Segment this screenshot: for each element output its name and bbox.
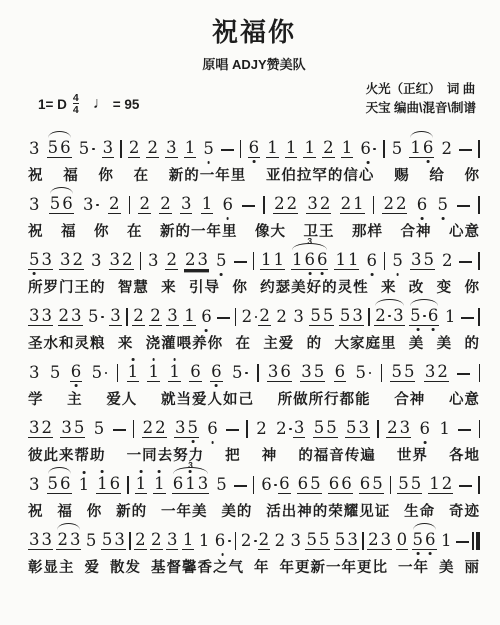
octave-dot-high <box>158 470 161 473</box>
barline <box>368 308 369 326</box>
lyric-group: 的 <box>307 332 323 350</box>
note: 2 <box>154 419 167 437</box>
lyrics-row: 彰显主爱散发基督馨香之气年年更新一年更比一年美丽 <box>28 556 480 574</box>
note: 2 <box>395 195 408 213</box>
note: 6 <box>70 363 83 381</box>
lyric-group: 新的一年里 <box>169 164 247 182</box>
staff-line: 3561161161335666566655512祝福你新的一年美美的活出神的荣… <box>28 463 480 518</box>
note-group: 1 <box>183 307 196 325</box>
octave-dot-high <box>82 471 85 474</box>
lyric-group: 各地 <box>449 444 480 462</box>
lyric-group: 赐 <box>394 164 410 182</box>
final-barline <box>472 532 479 550</box>
note: 3 <box>28 476 41 493</box>
note-group: 65 <box>297 475 322 493</box>
octave-dot-low <box>432 328 435 331</box>
notes-row: 35651116653635655532 <box>28 351 480 382</box>
note: 3 <box>28 196 41 213</box>
lyric-group: 卫王 <box>304 220 335 238</box>
lyric-group: 引导 <box>189 276 220 294</box>
note: 3 <box>290 532 303 549</box>
note: 6 <box>260 476 278 493</box>
score: 356532231561112165162祝福你在新的一年里亚伯拉罕的信心赐给你… <box>28 127 480 574</box>
note-group: 65 <box>359 475 384 493</box>
lyric-group: 彼此来帮助 <box>28 444 106 462</box>
held-note-dash <box>456 541 469 543</box>
note: 6 <box>366 252 379 269</box>
quarter-note-icon: ♩ <box>93 95 109 113</box>
lyric-group: 年 <box>254 556 270 574</box>
note-group: 2 <box>134 531 147 549</box>
note: 3 <box>166 531 179 549</box>
note-group: 5 <box>91 364 109 381</box>
note: 2 <box>386 419 399 437</box>
note: 3 <box>109 307 122 325</box>
note-group: 3 <box>28 364 41 381</box>
lyrics-row: 所罗门王的智慧来引导你约瑟美好的灵性来改变你 <box>28 276 480 294</box>
note: 3 <box>70 307 83 325</box>
note-group: 3 <box>290 532 303 549</box>
note-group: 1 <box>153 475 166 493</box>
notes-row: 332355322311622235553230561 <box>28 519 480 550</box>
lyric-group: 年更新一年更比 <box>280 556 389 574</box>
note: 3 <box>300 363 313 381</box>
note-group: 56 <box>47 475 72 493</box>
note-group: 32 <box>306 195 331 213</box>
note: 2 <box>441 252 454 269</box>
note: 3 <box>28 364 41 381</box>
note: 2 <box>441 475 454 493</box>
song-subtitle: 原唱 ADJY赞美队 <box>28 54 480 73</box>
octave-dot-low <box>308 272 311 275</box>
note: 5 <box>397 475 410 493</box>
note: 5 <box>231 364 249 381</box>
note: 2 <box>436 363 449 381</box>
note: 5 <box>322 307 335 325</box>
note-group: 6 <box>210 363 223 381</box>
note: 6 <box>248 139 261 157</box>
octave-dot-low <box>252 160 255 163</box>
lyric-group: 亚伯拉罕的信心 <box>266 164 375 182</box>
note: 5 <box>409 307 427 325</box>
note: 3 <box>306 195 319 213</box>
lyric-group: 新的 <box>116 500 147 518</box>
lyric-group: 约瑟美好的灵性 <box>260 276 369 294</box>
held-note-dash <box>221 149 234 151</box>
lyric-group: 合神 <box>394 388 425 406</box>
augmentation-dot <box>254 540 257 543</box>
note-group: 6 <box>214 532 232 549</box>
note: 5 <box>85 532 98 549</box>
lyric-group: 你 <box>465 164 481 182</box>
note-group: 6 <box>189 363 202 381</box>
octave-dot-low <box>416 552 419 555</box>
note: 5 <box>309 475 322 493</box>
note: 1 <box>266 139 279 157</box>
note: 5 <box>422 251 435 269</box>
note: 3 <box>82 196 100 213</box>
note: 3 <box>102 139 115 157</box>
augmentation-dot <box>245 372 248 375</box>
note-group: 35 <box>410 251 435 269</box>
note: 1 <box>291 251 304 269</box>
lyric-group: 福 <box>57 500 73 518</box>
note: 2 <box>149 307 162 325</box>
lyric-group: 你 <box>87 500 103 518</box>
octave-dot-high <box>101 470 104 473</box>
barline <box>381 364 382 382</box>
note-group: 5 <box>93 420 106 437</box>
note: 5 <box>215 476 228 493</box>
note-group: 3 <box>180 195 193 213</box>
note: 1 <box>260 251 273 269</box>
note: 3 <box>358 419 371 437</box>
barline <box>478 196 479 214</box>
augmentation-dot <box>289 428 292 431</box>
note: 5 <box>318 531 331 549</box>
note-group: 2 <box>255 420 268 437</box>
note: 5 <box>412 531 425 549</box>
augmentation-dot <box>101 316 104 319</box>
note-group: 55 <box>313 419 338 437</box>
augmentation-dot <box>92 148 95 151</box>
note: 5 <box>325 419 338 437</box>
held-note-dash <box>457 373 470 375</box>
slur-arc-icon <box>413 523 436 530</box>
note-group: 66 <box>260 475 290 493</box>
held-note-dash <box>234 261 247 263</box>
note: 1 <box>78 476 91 493</box>
note-group: 22 <box>273 195 298 213</box>
note: 3 <box>346 531 359 549</box>
barline <box>479 364 480 382</box>
note: 3 <box>174 419 187 437</box>
note: 6 <box>340 475 353 493</box>
barline <box>257 364 258 382</box>
note: 3 <box>90 252 103 269</box>
note: 1 <box>183 307 196 325</box>
barline <box>478 476 479 494</box>
note-group: 1 <box>303 139 316 157</box>
note: 5 <box>355 364 373 381</box>
lyric-group: 来 <box>381 276 397 294</box>
augmentation-dot <box>228 540 231 543</box>
note-group: 3 <box>102 139 115 157</box>
lyric-group: 在 <box>235 332 251 350</box>
note-group: 22 <box>142 419 167 437</box>
note: 1 <box>201 195 214 213</box>
note-group: 3 <box>165 139 178 157</box>
note: 2 <box>382 195 395 213</box>
note-group: 32 <box>424 363 449 381</box>
note-group: 5 <box>391 140 404 157</box>
note-group: 2 <box>132 307 145 325</box>
octave-dot-low <box>427 160 430 163</box>
octave-dot-low <box>207 161 210 164</box>
note-group: 1 <box>440 532 453 549</box>
note: 2 <box>275 420 293 437</box>
octave-dot-low <box>429 552 432 555</box>
barline <box>479 420 480 438</box>
lyric-group: 来 <box>118 332 134 350</box>
note: 1 <box>341 139 354 157</box>
note: 6 <box>61 195 74 213</box>
note: 5 <box>28 251 41 269</box>
augmentation-dot <box>373 148 376 151</box>
note-group: 11 <box>260 251 285 269</box>
lyrics-row: 学主爱人就当爱人如己所做所行都能合神心意 <box>28 388 480 406</box>
note: 6 <box>189 363 202 381</box>
note: 2 <box>108 195 121 213</box>
note-group: 6 <box>334 363 347 381</box>
lyric-group: 合神 <box>401 220 432 238</box>
note: 6 <box>427 307 440 325</box>
lyric-group: 所做所行都能 <box>278 388 371 406</box>
key-signature: 1= D <box>38 97 67 112</box>
time-signature-denominator: 4 <box>73 103 79 116</box>
note-group: 22 <box>240 531 270 549</box>
barline <box>140 252 141 270</box>
note-group: 1 <box>127 363 140 381</box>
lyrics-row: 祝福你新的一年美美的活出神的荣耀见证生命奇迹 <box>28 500 480 518</box>
note: 2 <box>41 419 54 437</box>
note-group: 6 <box>221 196 234 213</box>
note-group: 0 <box>396 531 409 549</box>
octave-dot-low <box>396 273 399 276</box>
note-group: 5 <box>355 364 373 381</box>
augmentation-dot <box>369 372 372 375</box>
note-group: 5 <box>215 476 228 493</box>
note-group: 11 <box>334 251 359 269</box>
octave-dot-low <box>191 440 194 443</box>
lyric-group: 神 <box>262 444 278 462</box>
slur-arc-icon <box>50 187 73 194</box>
note-group: 35 <box>60 419 85 437</box>
staff-line: 323552235622355532361彼此来帮助一同去努力把神的福音传遍世界… <box>28 407 480 462</box>
note-group: 33 <box>28 307 53 325</box>
note: 3 <box>410 251 423 269</box>
note-group: 5 <box>215 252 228 269</box>
note: 5 <box>87 308 105 325</box>
note: 5 <box>101 531 114 549</box>
barline <box>263 196 264 214</box>
note: 1 <box>285 139 298 157</box>
lyric-group: 给 <box>429 164 445 182</box>
lyric-group: 像大 <box>255 220 286 238</box>
note: 2 <box>274 532 287 549</box>
barline <box>362 532 363 550</box>
note: 5 <box>345 419 358 437</box>
note: 6 <box>424 531 437 549</box>
note: 3 <box>197 475 210 493</box>
barline <box>384 252 385 270</box>
note: 2 <box>58 307 71 325</box>
note-group: 56 <box>409 307 439 325</box>
note-group: 53 <box>101 531 126 549</box>
barline <box>235 532 236 550</box>
note-group: 3 <box>292 308 305 325</box>
note-group: 3 <box>28 140 41 157</box>
note-group: 55 <box>390 363 415 381</box>
held-note-dash <box>226 429 239 431</box>
note-group: 6 <box>200 308 213 325</box>
lyric-group: 的福音传遍 <box>298 444 376 462</box>
lyric-group: 浇灌喂养你 <box>146 332 224 350</box>
note-group: 3 <box>109 307 122 325</box>
note: 2 <box>121 251 134 269</box>
note: 2 <box>138 195 151 213</box>
lyric-group: 美 <box>437 332 453 350</box>
note: 2 <box>374 307 392 325</box>
note-group: 23 <box>58 307 83 325</box>
held-note-dash <box>113 429 126 431</box>
note: 1 <box>184 139 197 157</box>
song-title: 祝福你 <box>28 12 480 49</box>
lyric-group: 改 <box>409 276 425 294</box>
augmentation-dot <box>388 315 391 318</box>
note-group: 2 <box>275 308 288 325</box>
note: 2 <box>441 140 454 157</box>
staff-line: 5332332322351116631165352所罗门王的智慧来引导你约瑟美好… <box>28 239 480 294</box>
held-note-dash <box>234 485 247 487</box>
octave-dot-low <box>226 217 229 220</box>
credits: 火光（正红） 词 曲 天宝 编曲\混音\制谱 <box>366 80 480 119</box>
note: 5 <box>410 475 423 493</box>
note: 1 <box>127 363 140 381</box>
octave-dot-low <box>75 384 78 387</box>
lyrics-row: 祝福你在新的一年里像大卫王那样合神心意 <box>28 220 480 238</box>
slur-arc-icon <box>48 467 71 474</box>
held-note-dash <box>217 317 230 319</box>
note-group: 2 <box>441 252 454 269</box>
note-group: 1 <box>444 308 457 325</box>
note: 2 <box>128 139 141 157</box>
note: 5 <box>91 364 109 381</box>
note: 6 <box>172 475 185 493</box>
note: 6 <box>316 251 329 269</box>
octave-dot-low <box>441 217 444 220</box>
note: 3 <box>392 307 405 325</box>
note: 2 <box>240 532 258 549</box>
note: 1 <box>96 475 109 493</box>
note-group: 2 <box>146 139 159 157</box>
note-group: 5 <box>49 364 62 381</box>
lyric-group: 福 <box>63 164 79 182</box>
lyric-group: 你 <box>98 164 114 182</box>
note: 3 <box>293 419 306 437</box>
staff-line: 356532231561112165162祝福你在新的一年里亚伯拉罕的信心赐给你 <box>28 127 480 182</box>
note-group: 6 <box>359 140 377 157</box>
note: 5 <box>371 475 384 493</box>
note: 1 <box>334 251 347 269</box>
notes-row: 356532231561112165162 <box>28 127 480 158</box>
octave-dot-low <box>205 329 208 332</box>
key-time-tempo: 1= D 4 4 ♩ = 95 <box>28 93 139 119</box>
note-group: 5 <box>391 252 404 269</box>
note: 3 <box>197 251 210 269</box>
note-group: 1 <box>341 139 354 157</box>
octave-dot-low <box>215 384 218 387</box>
octave-dot-high <box>173 358 176 361</box>
note-group: 6133 <box>172 475 210 493</box>
note-group: 5 <box>78 140 96 157</box>
note: 5 <box>73 419 86 437</box>
note-group: 1 <box>147 363 160 381</box>
barline <box>126 308 127 326</box>
barline <box>129 532 130 550</box>
staff-line: 332353223162223555323561圣水和灵粮来浇灌喂养你在主爱的大… <box>28 295 480 350</box>
note-group: 1 <box>168 363 181 381</box>
note: 5 <box>47 139 60 157</box>
note: 1 <box>409 139 422 157</box>
note-group: 16 <box>96 475 121 493</box>
notes-row: 3561161161335666566655512 <box>28 463 480 494</box>
lyric-group: 你 <box>232 276 248 294</box>
note: 1 <box>440 532 453 549</box>
note: 3 <box>28 419 41 437</box>
note: 5 <box>202 140 215 157</box>
note: 3 <box>69 531 82 549</box>
barline <box>240 140 241 158</box>
barline <box>129 196 130 214</box>
note: 1 <box>438 420 451 437</box>
octave-dot-low <box>370 273 373 276</box>
note: 5 <box>93 420 106 437</box>
augmentation-dot <box>255 316 258 319</box>
note: 6 <box>279 363 292 381</box>
note: 0 <box>396 531 409 549</box>
note-group: 2 <box>150 531 163 549</box>
note-group: 55 <box>305 531 330 549</box>
note-group: 6 <box>418 420 431 437</box>
octave-dot-low <box>421 217 424 220</box>
note: 6 <box>359 140 377 157</box>
note: 6 <box>59 475 72 493</box>
note: 3 <box>351 307 364 325</box>
note: 5 <box>436 196 449 213</box>
tempo-value: = 95 <box>113 97 140 112</box>
barline <box>235 308 236 326</box>
lyric-group: 祝 <box>28 220 44 238</box>
note-group: 2 <box>138 195 151 213</box>
barline <box>390 476 391 494</box>
lyric-group: 一年 <box>398 556 429 574</box>
note: 1 <box>428 475 441 493</box>
note: 2 <box>275 308 288 325</box>
note: 3 <box>166 307 179 325</box>
note-group: 1 <box>201 195 214 213</box>
note-group: 32 <box>59 251 84 269</box>
note: 3 <box>424 363 437 381</box>
barline <box>127 476 128 494</box>
note: 3 <box>109 251 122 269</box>
note: 6 <box>221 196 234 213</box>
note: 6 <box>200 308 213 325</box>
note-group: 2 <box>128 139 141 157</box>
note: 1 <box>444 308 457 325</box>
note: 6 <box>416 196 429 213</box>
note: 5 <box>390 363 403 381</box>
note: 2 <box>319 195 332 213</box>
note: 2 <box>184 251 197 269</box>
slur-arc-icon <box>410 131 433 138</box>
octave-dot-low <box>221 553 224 556</box>
note-group: 23 <box>386 419 411 437</box>
note-group: 56 <box>49 195 74 213</box>
lyric-group: 基督馨香之气 <box>151 556 244 574</box>
note: 2 <box>258 531 271 549</box>
notes-row: 5332332322351116631165352 <box>28 239 480 270</box>
